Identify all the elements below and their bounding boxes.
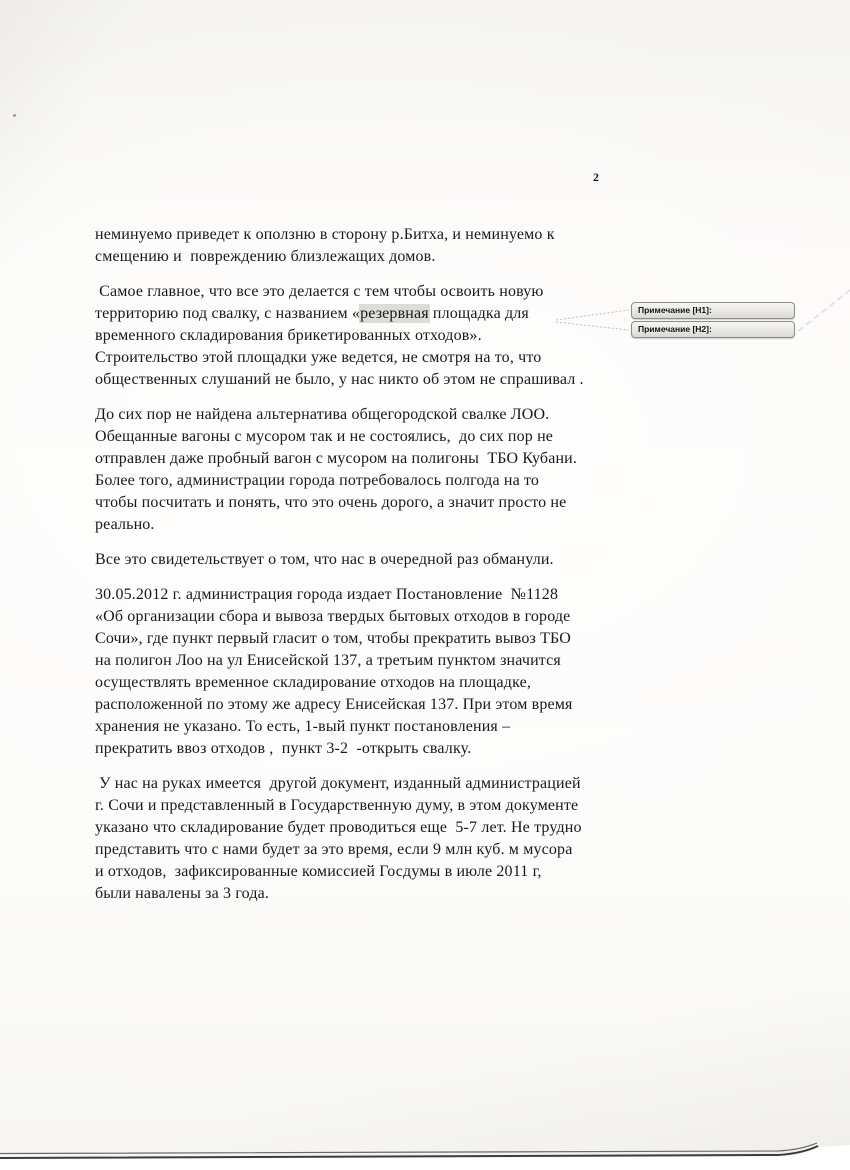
text-line: указано что складирование будет проводит… xyxy=(95,817,635,839)
text-line: представить что с нами будет за это врем… xyxy=(95,839,635,861)
text-line: Более того, администрации города потребо… xyxy=(95,470,635,492)
text-segment: площадка для xyxy=(429,305,529,322)
text-segment: территорию под свалку, с названием « xyxy=(95,305,360,322)
comment-label: Примечание [H1]: xyxy=(638,305,712,315)
comment-balloon-h2[interactable]: Примечание [H2]: xyxy=(631,321,795,338)
text-line: 30.05.2012 г. администрация города издае… xyxy=(95,584,635,606)
text-line: на полигон Лоо на ул Енисейской 137, а т… xyxy=(95,650,635,672)
text-line: временного складирования брикетированных… xyxy=(95,325,635,347)
text-line: Сочи», где пункт первый гласит о том, чт… xyxy=(95,628,635,650)
text-line: территорию под свалку, с названием «резе… xyxy=(95,303,635,325)
text-line: хранения не указано. То есть, 1-вый пунк… xyxy=(95,716,635,738)
paper-edge-line xyxy=(0,1143,817,1154)
comment-anchor-highlight[interactable]: резервная xyxy=(360,305,429,322)
comment-label: Примечание [H2]: xyxy=(638,324,712,334)
paper-crease xyxy=(792,290,850,336)
text-line: общественных слушаний не было, у нас ник… xyxy=(95,369,635,391)
document-body: неминуемо приведет к оползню в сторону р… xyxy=(95,224,635,918)
text-line: неминуемо приведет к оползню в сторону р… xyxy=(95,224,635,246)
text-line: были навалены за 3 года. xyxy=(95,883,635,905)
text-line: реально. xyxy=(95,514,635,536)
text-line: Обещанные вагоны с мусором так и не сост… xyxy=(95,426,635,448)
text-line: расположенной по этому же адресу Енисейс… xyxy=(95,694,635,716)
text-line: До сих пор не найдена альтернатива общег… xyxy=(95,404,635,426)
text-line: «Об организации сбора и вывоза твердых б… xyxy=(95,606,635,628)
paragraph: Самое главное, что все это делается с те… xyxy=(95,281,635,391)
scanner-background xyxy=(0,1145,850,1170)
paragraph: У нас на руках имеется другой документ, … xyxy=(95,773,635,905)
scan-speck xyxy=(13,114,16,117)
text-line: чтобы посчитать и понять, что это очень … xyxy=(95,492,635,514)
paragraph: неминуемо приведет к оползню в сторону р… xyxy=(95,224,635,268)
paragraph: Все это свидетельствует о том, что нас в… xyxy=(95,549,635,571)
paragraph: До сих пор не найдена альтернатива общег… xyxy=(95,404,635,536)
comment-balloon-h1[interactable]: Примечание [H1]: xyxy=(631,302,795,319)
text-line: г. Сочи и представленный в Государственн… xyxy=(95,795,635,817)
text-line: Все это свидетельствует о том, что нас в… xyxy=(95,549,635,571)
text-line: осуществлять временное складирование отх… xyxy=(95,672,635,694)
text-line: Строительство этой площадки уже ведется,… xyxy=(95,347,635,369)
scanned-document-page: 2 неминуемо приведет к оползню в сторону… xyxy=(0,0,850,1170)
paragraph: 30.05.2012 г. администрация города издае… xyxy=(95,584,635,760)
text-line: Самое главное, что все это делается с те… xyxy=(95,281,635,303)
page-number: 2 xyxy=(593,170,599,185)
text-line: прекратить ввоз отходов , пункт 3-2 -отк… xyxy=(95,738,635,760)
text-line: отправлен даже пробный вагон с мусором н… xyxy=(95,448,635,470)
text-line: У нас на руках имеется другой документ, … xyxy=(95,773,635,795)
text-line: и отходов, зафиксированные комиссией Гос… xyxy=(95,861,635,883)
text-line: смещению и повреждению близлежащих домов… xyxy=(95,246,635,268)
paper-edge-line xyxy=(0,1146,818,1158)
